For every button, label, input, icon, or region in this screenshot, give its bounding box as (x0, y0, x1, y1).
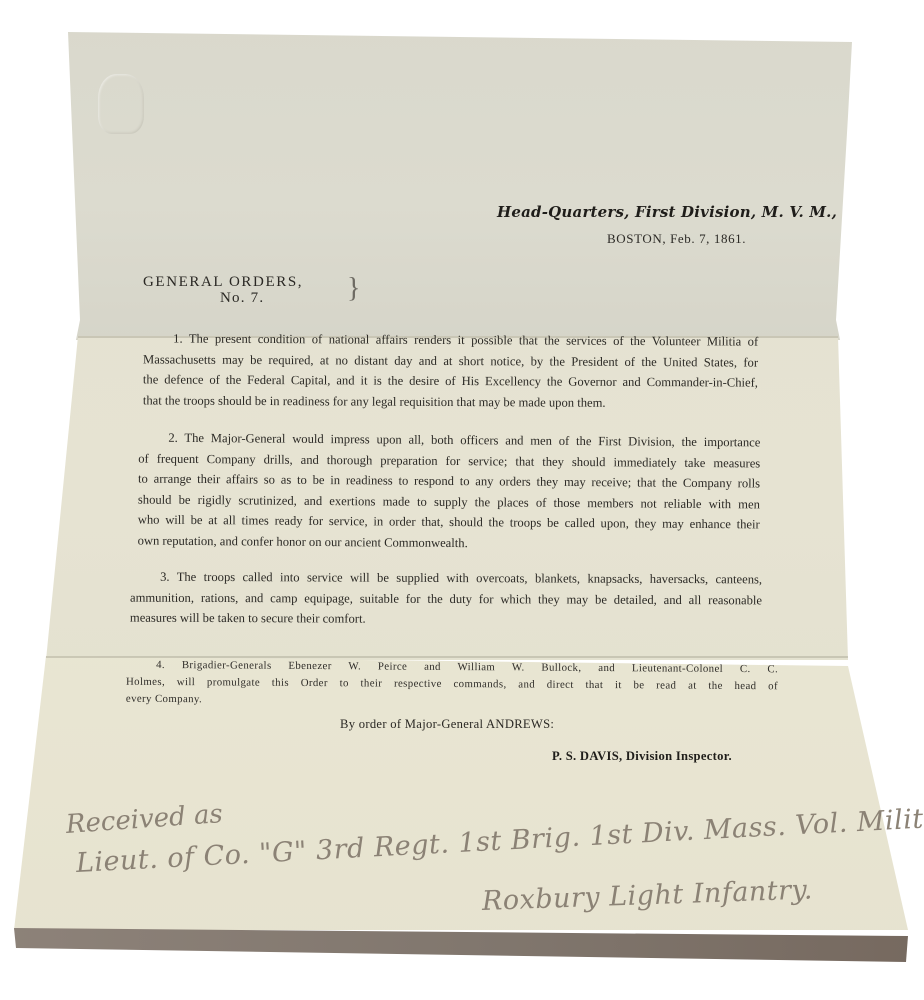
brace-mark: } (347, 274, 360, 304)
paragraph-line: ammunition, rations, and camp equipage, … (130, 587, 762, 610)
paragraph-line: 1. The present condition of national aff… (143, 328, 758, 352)
place-and-date: BOSTON, Feb. 7, 1861. (607, 231, 746, 247)
headquarters-heading: Head-Quarters, First Division, M. V. M., (497, 203, 837, 221)
paragraph-line: that the troops should be in readiness f… (143, 390, 758, 414)
order-paragraph-1: 1. The present condition of national aff… (143, 328, 758, 413)
order-paragraph-2: 2. The Major-General would impress upon … (138, 428, 761, 556)
by-order-line: By order of Major-General ANDREWS: (340, 717, 554, 732)
letter-top-panel (0, 0, 924, 340)
paragraph-line: the defence of the Federal Capital, and … (143, 369, 758, 393)
embossed-seal-icon (98, 74, 144, 134)
paragraph-line: measures will be taken to secure their c… (130, 608, 762, 631)
general-orders-number: No. 7. (220, 290, 264, 307)
order-paragraph-4: 4. Brigadier-Generals Ebenezer W. Peirce… (126, 657, 778, 713)
order-paragraph-3: 3. The troops called into service will b… (130, 567, 762, 631)
signature-line: P. S. DAVIS, Division Inspector. (552, 749, 732, 764)
paragraph-line: 3. The troops called into service will b… (130, 567, 762, 590)
general-orders-title: GENERAL ORDERS, (143, 274, 303, 291)
